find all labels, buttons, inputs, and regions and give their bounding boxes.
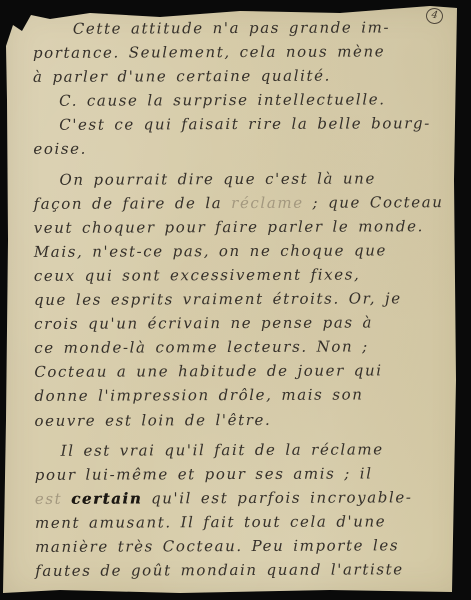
manuscript-line: façon de faire de la réclame ; que Cocte…	[34, 190, 446, 216]
manuscript-text-segment: ce monde-là comme lecteurs. Non ;	[34, 338, 369, 357]
manuscript-line: est certain qu'il est parfois incroyable…	[35, 485, 447, 511]
manuscript-text-segment: ceux qui sont excessivement fixes,	[34, 265, 361, 284]
manuscript-line: Cocteau a une habitude de jouer qui	[34, 358, 446, 384]
manuscript-text-segment: certain	[71, 489, 142, 507]
manuscript-line: oeuvre est loin de l'être.	[34, 407, 446, 433]
manuscript-text-segment: veut choquer pour faire parler le monde.	[34, 217, 424, 237]
manuscript-line: pour lui-même et pour ses amis ; il	[35, 461, 447, 487]
manuscript-line: C. cause la surprise intellectuelle.	[33, 87, 445, 113]
manuscript-text-segment: eoise.	[33, 140, 87, 158]
manuscript-text-block: Cette attitude n'a pas grande im-portanc…	[33, 15, 447, 583]
manuscript-line: fautes de goût mondain quand l'artiste	[35, 557, 447, 583]
manuscript-line: donne l'impression drôle, mais son	[34, 383, 446, 409]
manuscript-line: ceux qui sont excessivement fixes,	[34, 262, 446, 288]
manuscript-text-segment: fautes de goût mondain quand l'artiste	[35, 560, 404, 580]
manuscript-line: Cette attitude n'a pas grande im-	[33, 15, 445, 41]
manuscript-text-segment: réclame	[231, 193, 304, 211]
manuscript-text-segment: que les esprits vraiment étroits. Or, je	[34, 289, 402, 309]
manuscript-text-segment: oeuvre est loin de l'être.	[34, 410, 271, 429]
manuscript-text-segment: pour lui-même et pour ses amis ; il	[35, 464, 373, 483]
manuscript-line: portance. Seulement, cela nous mène	[33, 39, 445, 65]
manuscript-line: Mais, n'est-ce pas, on ne choque que	[34, 238, 446, 264]
manuscript-text-segment: C'est ce qui faisait rire la belle bourg…	[59, 115, 431, 135]
manuscript-text-segment: C. cause la surprise intellectuelle.	[59, 91, 385, 110]
manuscript-line: ce monde-là comme lecteurs. Non ;	[34, 334, 446, 360]
manuscript-line: veut choquer pour faire parler le monde.	[34, 214, 446, 240]
manuscript-line: à parler d'une certaine qualité.	[33, 63, 445, 89]
manuscript-text-segment: qu'il est parfois incroyable-	[142, 488, 412, 507]
manuscript-text-segment: Mais, n'est-ce pas, on ne choque que	[34, 241, 387, 261]
manuscript-line: C'est ce qui faisait rire la belle bourg…	[33, 111, 445, 137]
manuscript-text-segment: ; que Cocteau	[304, 193, 444, 212]
manuscript-text-segment: ment amusant. Il fait tout cela d'une	[35, 512, 386, 532]
manuscript-line: ment amusant. Il fait tout cela d'une	[35, 509, 447, 535]
manuscript-line: crois qu'un écrivain ne pense pas à	[34, 310, 446, 336]
manuscript-line: Il est vrai qu'il fait de la réclame	[35, 437, 447, 463]
manuscript-text-segment: portance. Seulement, cela nous mène	[33, 42, 385, 62]
manuscript-text-segment: à parler d'une certaine qualité.	[33, 67, 331, 86]
manuscript-line: eoise.	[33, 136, 445, 162]
manuscript-text-segment: est	[35, 490, 71, 508]
manuscript-text-segment: Il est vrai qu'il fait de la réclame	[61, 440, 384, 459]
photo-background: 4 Cette attitude n'a pas grande im-porta…	[0, 0, 471, 600]
manuscript-text-segment: On pourrait dire que c'est là une	[59, 169, 375, 188]
manuscript-text-segment: manière très Cocteau. Peu importe les	[35, 536, 399, 556]
manuscript-line: manière très Cocteau. Peu importe les	[35, 533, 447, 559]
manuscript-text-segment: donne l'impression drôle, mais son	[34, 386, 363, 405]
manuscript-line: que les esprits vraiment étroits. Or, je	[34, 286, 446, 312]
manuscript-text-segment: Cocteau a une habitude de jouer qui	[34, 362, 382, 382]
manuscript-text-segment: façon de faire de la	[34, 194, 232, 213]
manuscript-text-segment: Cette attitude n'a pas grande im-	[73, 18, 390, 37]
manuscript-line: On pourrait dire que c'est là une	[33, 166, 445, 192]
manuscript-page: 4 Cette attitude n'a pas grande im-porta…	[0, 0, 471, 600]
manuscript-text-segment: crois qu'un écrivain ne pense pas à	[34, 314, 373, 333]
